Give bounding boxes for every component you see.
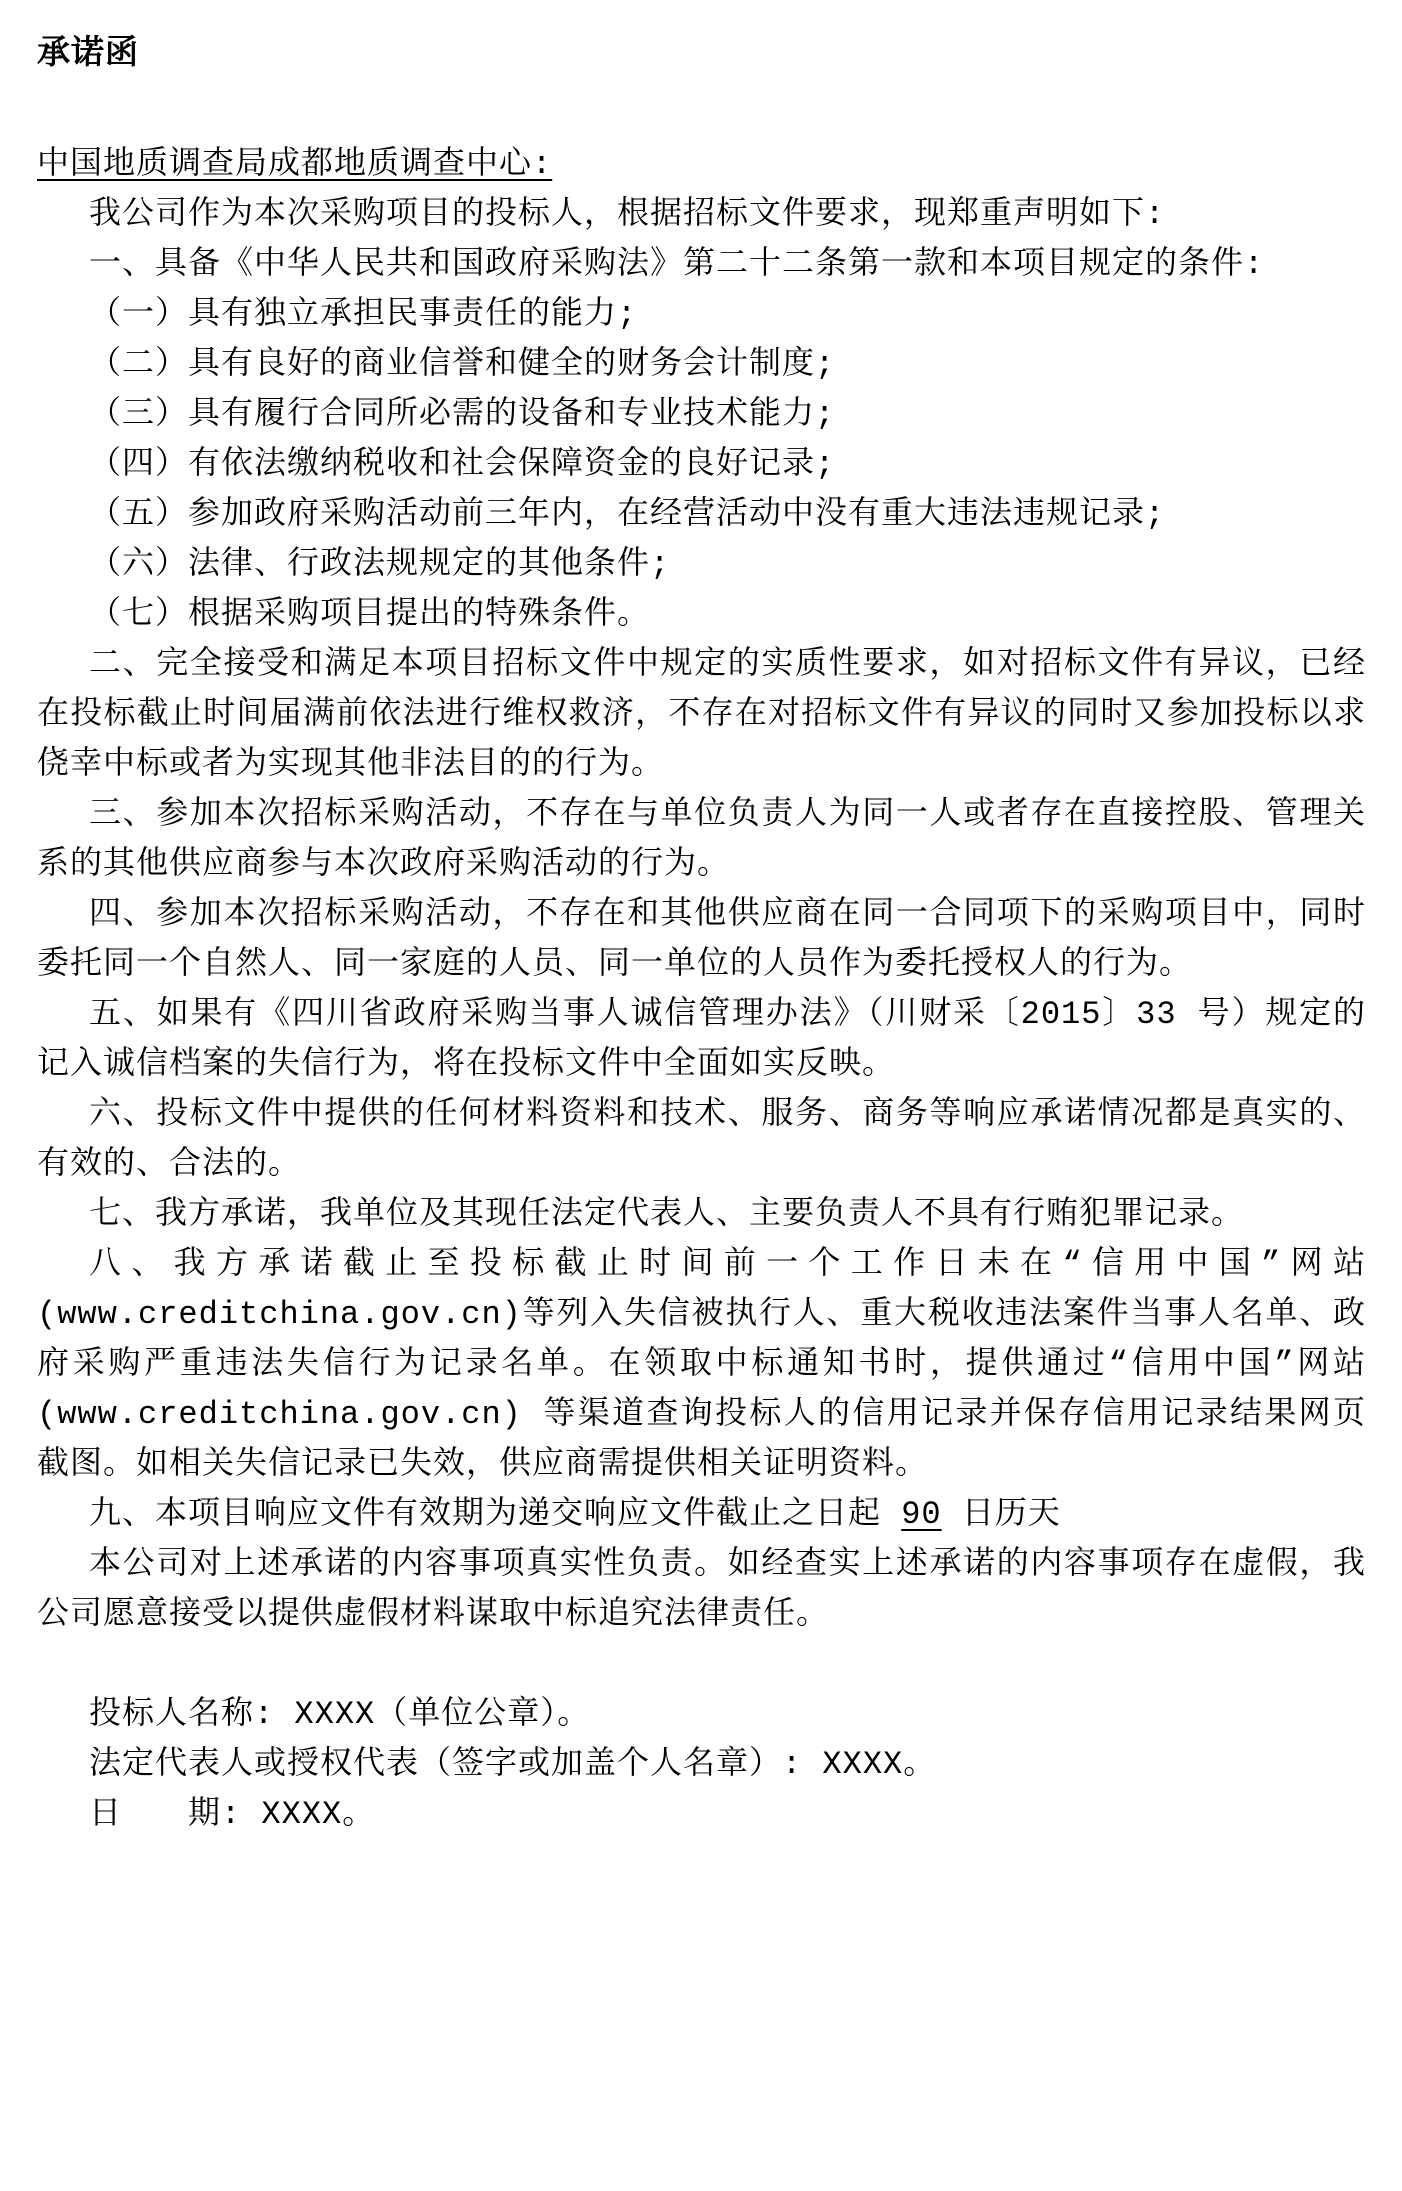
document-page: 承诺函 中国地质调查局成都地质调查中心: 我公司作为本次采购项目的投标人，根据招… [0,0,1402,2191]
clause-6: 六、投标文件中提供的任何材料资料和技术、服务、商务等响应承诺情况都是真实的、有效… [37,1090,1366,1190]
signature-block: 投标人名称: XXXX（单位公章）。 法定代表人或授权代表（签字或加盖个人名章）… [37,1690,1366,1840]
clause-9-prefix: 九、本项目响应文件有效期为递交响应文件截止之日起 [89,1496,901,1533]
clause-4: 四、参加本次招标采购活动，不存在和其他供应商在同一合同项下的采购项目中，同时委托… [37,890,1366,990]
clause-1-item-1: （一）具有独立承担民事责任的能力; [37,290,1366,340]
clause-9-validity-days: 90 [901,1496,941,1533]
addressee-line: 中国地质调查局成都地质调查中心: [37,140,1366,190]
clause-1: 一、具备《中华人民共和国政府采购法》第二十二条第一款和本项目规定的条件: [37,240,1366,290]
date-line: 日 期: XXXX。 [37,1790,1366,1840]
clause-1-item-4: （四）有依法缴纳税收和社会保障资金的良好记录; [37,440,1366,490]
clause-1-item-6: （六）法律、行政法规规定的其他条件; [37,540,1366,590]
closing-paragraph: 本公司对上述承诺的内容事项真实性负责。如经查实上述承诺的内容事项存在虚假，我公司… [37,1540,1366,1640]
clause-3: 三、参加本次招标采购活动，不存在与单位负责人为同一人或者存在直接控股、管理关系的… [37,790,1366,890]
clause-8: 八、我方承诺截止至投标截止时间前一个工作日未在“信用中国”网站(www.cred… [37,1240,1366,1490]
clause-1-item-2: （二）具有良好的商业信誉和健全的财务会计制度; [37,340,1366,390]
paragraph-intro: 我公司作为本次采购项目的投标人，根据招标文件要求，现郑重声明如下: [37,190,1366,240]
clause-1-item-5: （五）参加政府采购活动前三年内，在经营活动中没有重大违法违规记录; [37,490,1366,540]
clause-9-suffix: 日历天 [942,1496,1061,1533]
clause-1-item-7: （七）根据采购项目提出的特殊条件。 [37,590,1366,640]
clause-7: 七、我方承诺，我单位及其现任法定代表人、主要负责人不具有行贿犯罪记录。 [37,1190,1366,1240]
representative-line: 法定代表人或授权代表（签字或加盖个人名章）: XXXX。 [37,1740,1366,1790]
clause-9: 九、本项目响应文件有效期为递交响应文件截止之日起 90 日历天 [37,1490,1366,1540]
clause-2: 二、完全接受和满足本项目招标文件中规定的实质性要求，如对招标文件有异议，已经在投… [37,640,1366,790]
document-title: 承诺函 [37,30,1366,80]
bidder-name-line: 投标人名称: XXXX（单位公章）。 [37,1690,1366,1740]
clause-5: 五、如果有《四川省政府采购当事人诚信管理办法》（川财采〔2015〕33 号）规定… [37,990,1366,1090]
clause-1-item-3: （三）具有履行合同所必需的设备和专业技术能力; [37,390,1366,440]
